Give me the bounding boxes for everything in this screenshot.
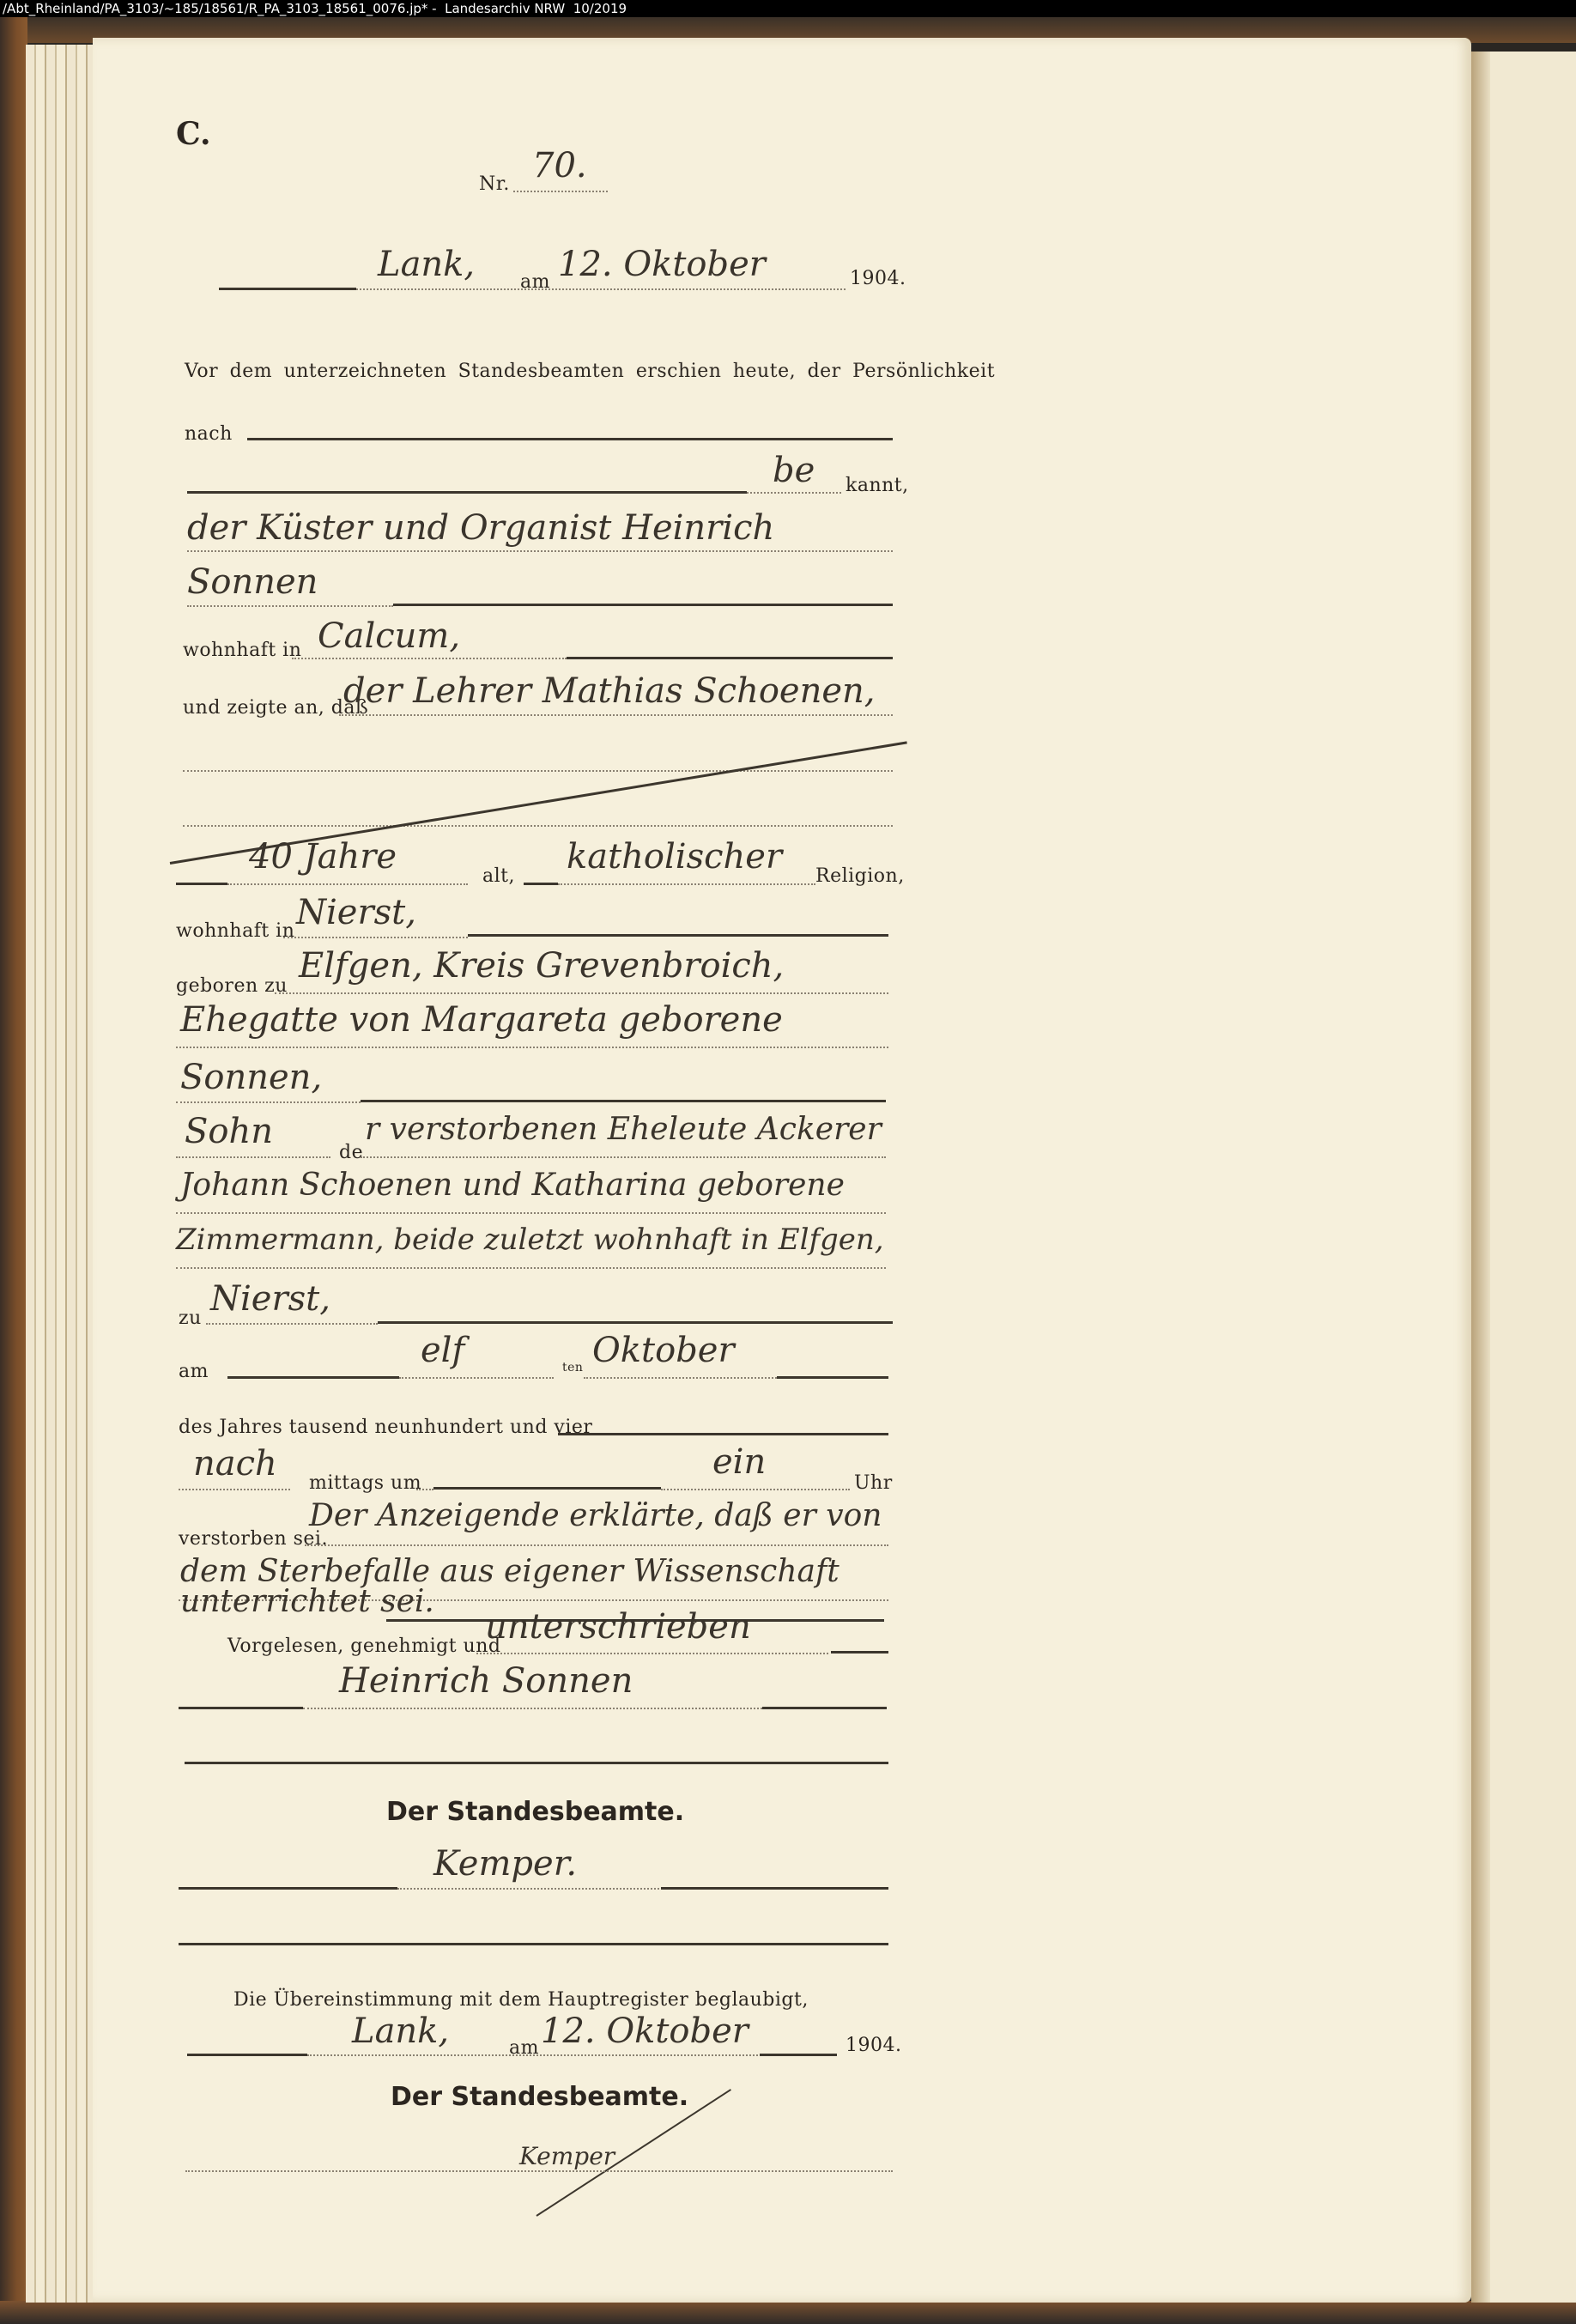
year-text: des Jahres tausend neunhundert und vier xyxy=(179,1417,592,1438)
rule xyxy=(219,288,356,290)
dots xyxy=(416,1489,433,1490)
registrar-signature: Kemper. xyxy=(433,1844,577,1884)
dots xyxy=(399,1377,554,1379)
spouse-line-1: Ehegatte von Margareta geborene xyxy=(180,1000,783,1040)
dots xyxy=(361,1156,886,1158)
dots xyxy=(176,1101,361,1103)
vorgelesen-entry: unterschrieben xyxy=(485,1607,751,1647)
sohn-entry: Sohn xyxy=(185,1112,273,1151)
der-label: de xyxy=(339,1142,363,1163)
window-title: /Abt_Rheinland/PA_3103/~185/18561/R_PA_3… xyxy=(3,1,627,16)
bekannt-entry: be xyxy=(773,451,815,490)
informant-line-2: Sonnen xyxy=(187,562,318,602)
rule xyxy=(468,934,888,937)
dots xyxy=(303,1708,762,1709)
rule xyxy=(433,1487,661,1490)
dots xyxy=(176,1267,886,1269)
rule xyxy=(176,883,227,885)
vorgelesen-label: Vorgelesen, genehmigt und xyxy=(227,1635,500,1657)
rule xyxy=(524,883,558,885)
rule xyxy=(831,1651,888,1653)
dots xyxy=(661,1489,850,1490)
informant-residence: Calcum, xyxy=(318,616,460,656)
dots xyxy=(187,605,393,607)
dots xyxy=(179,1489,290,1490)
rule xyxy=(187,2054,307,2056)
rule xyxy=(187,491,747,494)
dots xyxy=(356,288,846,290)
verstorben-label: verstorben sei. xyxy=(179,1528,328,1550)
rule xyxy=(179,1887,397,1890)
dots xyxy=(176,1156,330,1158)
alt-label: alt, xyxy=(482,865,515,887)
year-label: 1904. xyxy=(850,268,906,289)
dots xyxy=(292,658,567,659)
place-entry: Lank, xyxy=(378,245,475,284)
am-label: am xyxy=(520,271,550,293)
dots xyxy=(339,714,893,716)
rule xyxy=(185,1762,888,1764)
informant-line-1: der Küster und Organist Heinrich xyxy=(187,508,774,548)
facing-page xyxy=(1490,52,1576,2303)
wohnhaft-label: wohnhaft in xyxy=(183,640,301,661)
dots xyxy=(397,1888,659,1890)
mittags-label: mittags um xyxy=(309,1472,421,1494)
registrar-heading: Der Standesbeamte. xyxy=(386,1797,684,1827)
window-title-bar: /Abt_Rheinland/PA_3103/~185/18561/R_PA_3… xyxy=(0,0,1576,17)
death-hour: ein xyxy=(712,1442,766,1482)
rule xyxy=(760,2054,837,2056)
nr-dots xyxy=(513,191,608,192)
rule xyxy=(661,1887,888,1890)
death-day: elf xyxy=(421,1331,464,1370)
dots xyxy=(584,1377,777,1379)
death-month: Oktober xyxy=(592,1331,735,1370)
bekannt-label: kannt, xyxy=(846,475,909,496)
rule xyxy=(227,1376,399,1379)
religion-entry: katholischer xyxy=(567,837,782,877)
rule xyxy=(179,1943,888,1945)
record-number: 70. xyxy=(532,146,587,185)
book-cover-left xyxy=(0,17,27,2324)
dots xyxy=(283,937,468,938)
spouse-line-2: Sonnen, xyxy=(180,1058,322,1097)
rule xyxy=(762,1707,887,1709)
ten-label: ten xyxy=(562,1361,583,1374)
cert-am-label: am xyxy=(509,2037,539,2059)
uhr-label: Uhr xyxy=(854,1472,893,1494)
cert-date: 12. Oktober xyxy=(541,2012,749,2051)
religion-label: Religion, xyxy=(815,865,905,887)
remark-line-1: Der Anzeigende erklärte, daß er von xyxy=(309,1498,882,1533)
rule xyxy=(247,438,893,440)
dots xyxy=(176,1212,886,1214)
dots xyxy=(227,883,468,885)
dots xyxy=(305,1544,888,1546)
parents-line-1: r verstorbenen Eheleute Ackerer xyxy=(365,1112,882,1147)
nr-label: Nr. xyxy=(479,173,510,195)
rule xyxy=(777,1376,888,1379)
dots xyxy=(275,992,888,994)
cert-year: 1904. xyxy=(846,2035,901,2056)
cert-heading: Der Standesbeamte. xyxy=(391,2082,688,2112)
dots xyxy=(183,770,893,772)
deceased-residence-label: wohnhaft in xyxy=(176,920,294,942)
form-letter: C. xyxy=(176,116,211,152)
nach-label: nach xyxy=(185,423,233,445)
rule xyxy=(361,1100,886,1102)
geboren-label: geboren zu xyxy=(176,975,288,997)
remark-line-3: unterrichtet sei. xyxy=(180,1584,434,1619)
book-cover-bottom xyxy=(0,2301,1576,2324)
deceased-name: der Lehrer Mathias Schoenen, xyxy=(343,671,876,711)
date-entry: 12. Oktober xyxy=(558,245,766,284)
informant-signature: Heinrich Sonnen xyxy=(339,1661,633,1701)
dots xyxy=(476,1653,828,1654)
am2-label: am xyxy=(179,1361,209,1382)
birthplace-entry: Elfgen, Kreis Grevenbroich, xyxy=(299,946,784,986)
dots xyxy=(183,825,893,827)
deceased-residence: Nierst, xyxy=(296,893,416,932)
cert-signature: Kemper xyxy=(519,2142,615,2170)
certification-text: Die Übereinstimmung mit dem Hauptregiste… xyxy=(233,1989,809,2011)
rule xyxy=(567,657,893,659)
dots xyxy=(747,492,841,494)
dots xyxy=(187,550,893,552)
parents-line-2: Johann Schoenen und Katharina geborene xyxy=(180,1168,845,1203)
time-prefix: nach xyxy=(193,1444,277,1484)
dots xyxy=(206,1323,378,1325)
rule xyxy=(179,1707,303,1709)
zu-label: zu xyxy=(179,1308,202,1329)
age-entry: 40 Jahre xyxy=(249,837,397,877)
page-edges xyxy=(26,45,94,2303)
cert-place: Lank, xyxy=(352,2012,449,2051)
book-gutter xyxy=(1471,52,1490,2303)
dots xyxy=(176,1047,888,1048)
rule xyxy=(378,1321,893,1324)
death-place: Nierst, xyxy=(210,1279,330,1319)
rule xyxy=(393,604,893,606)
intro-text: Vor dem unterzeichneten Standesbeamten e… xyxy=(185,361,995,382)
parents-line-3: Zimmermann, beide zuletzt wohnhaft in El… xyxy=(176,1223,884,1257)
rule xyxy=(558,1433,888,1435)
dots xyxy=(558,883,815,885)
dots xyxy=(185,2170,893,2172)
